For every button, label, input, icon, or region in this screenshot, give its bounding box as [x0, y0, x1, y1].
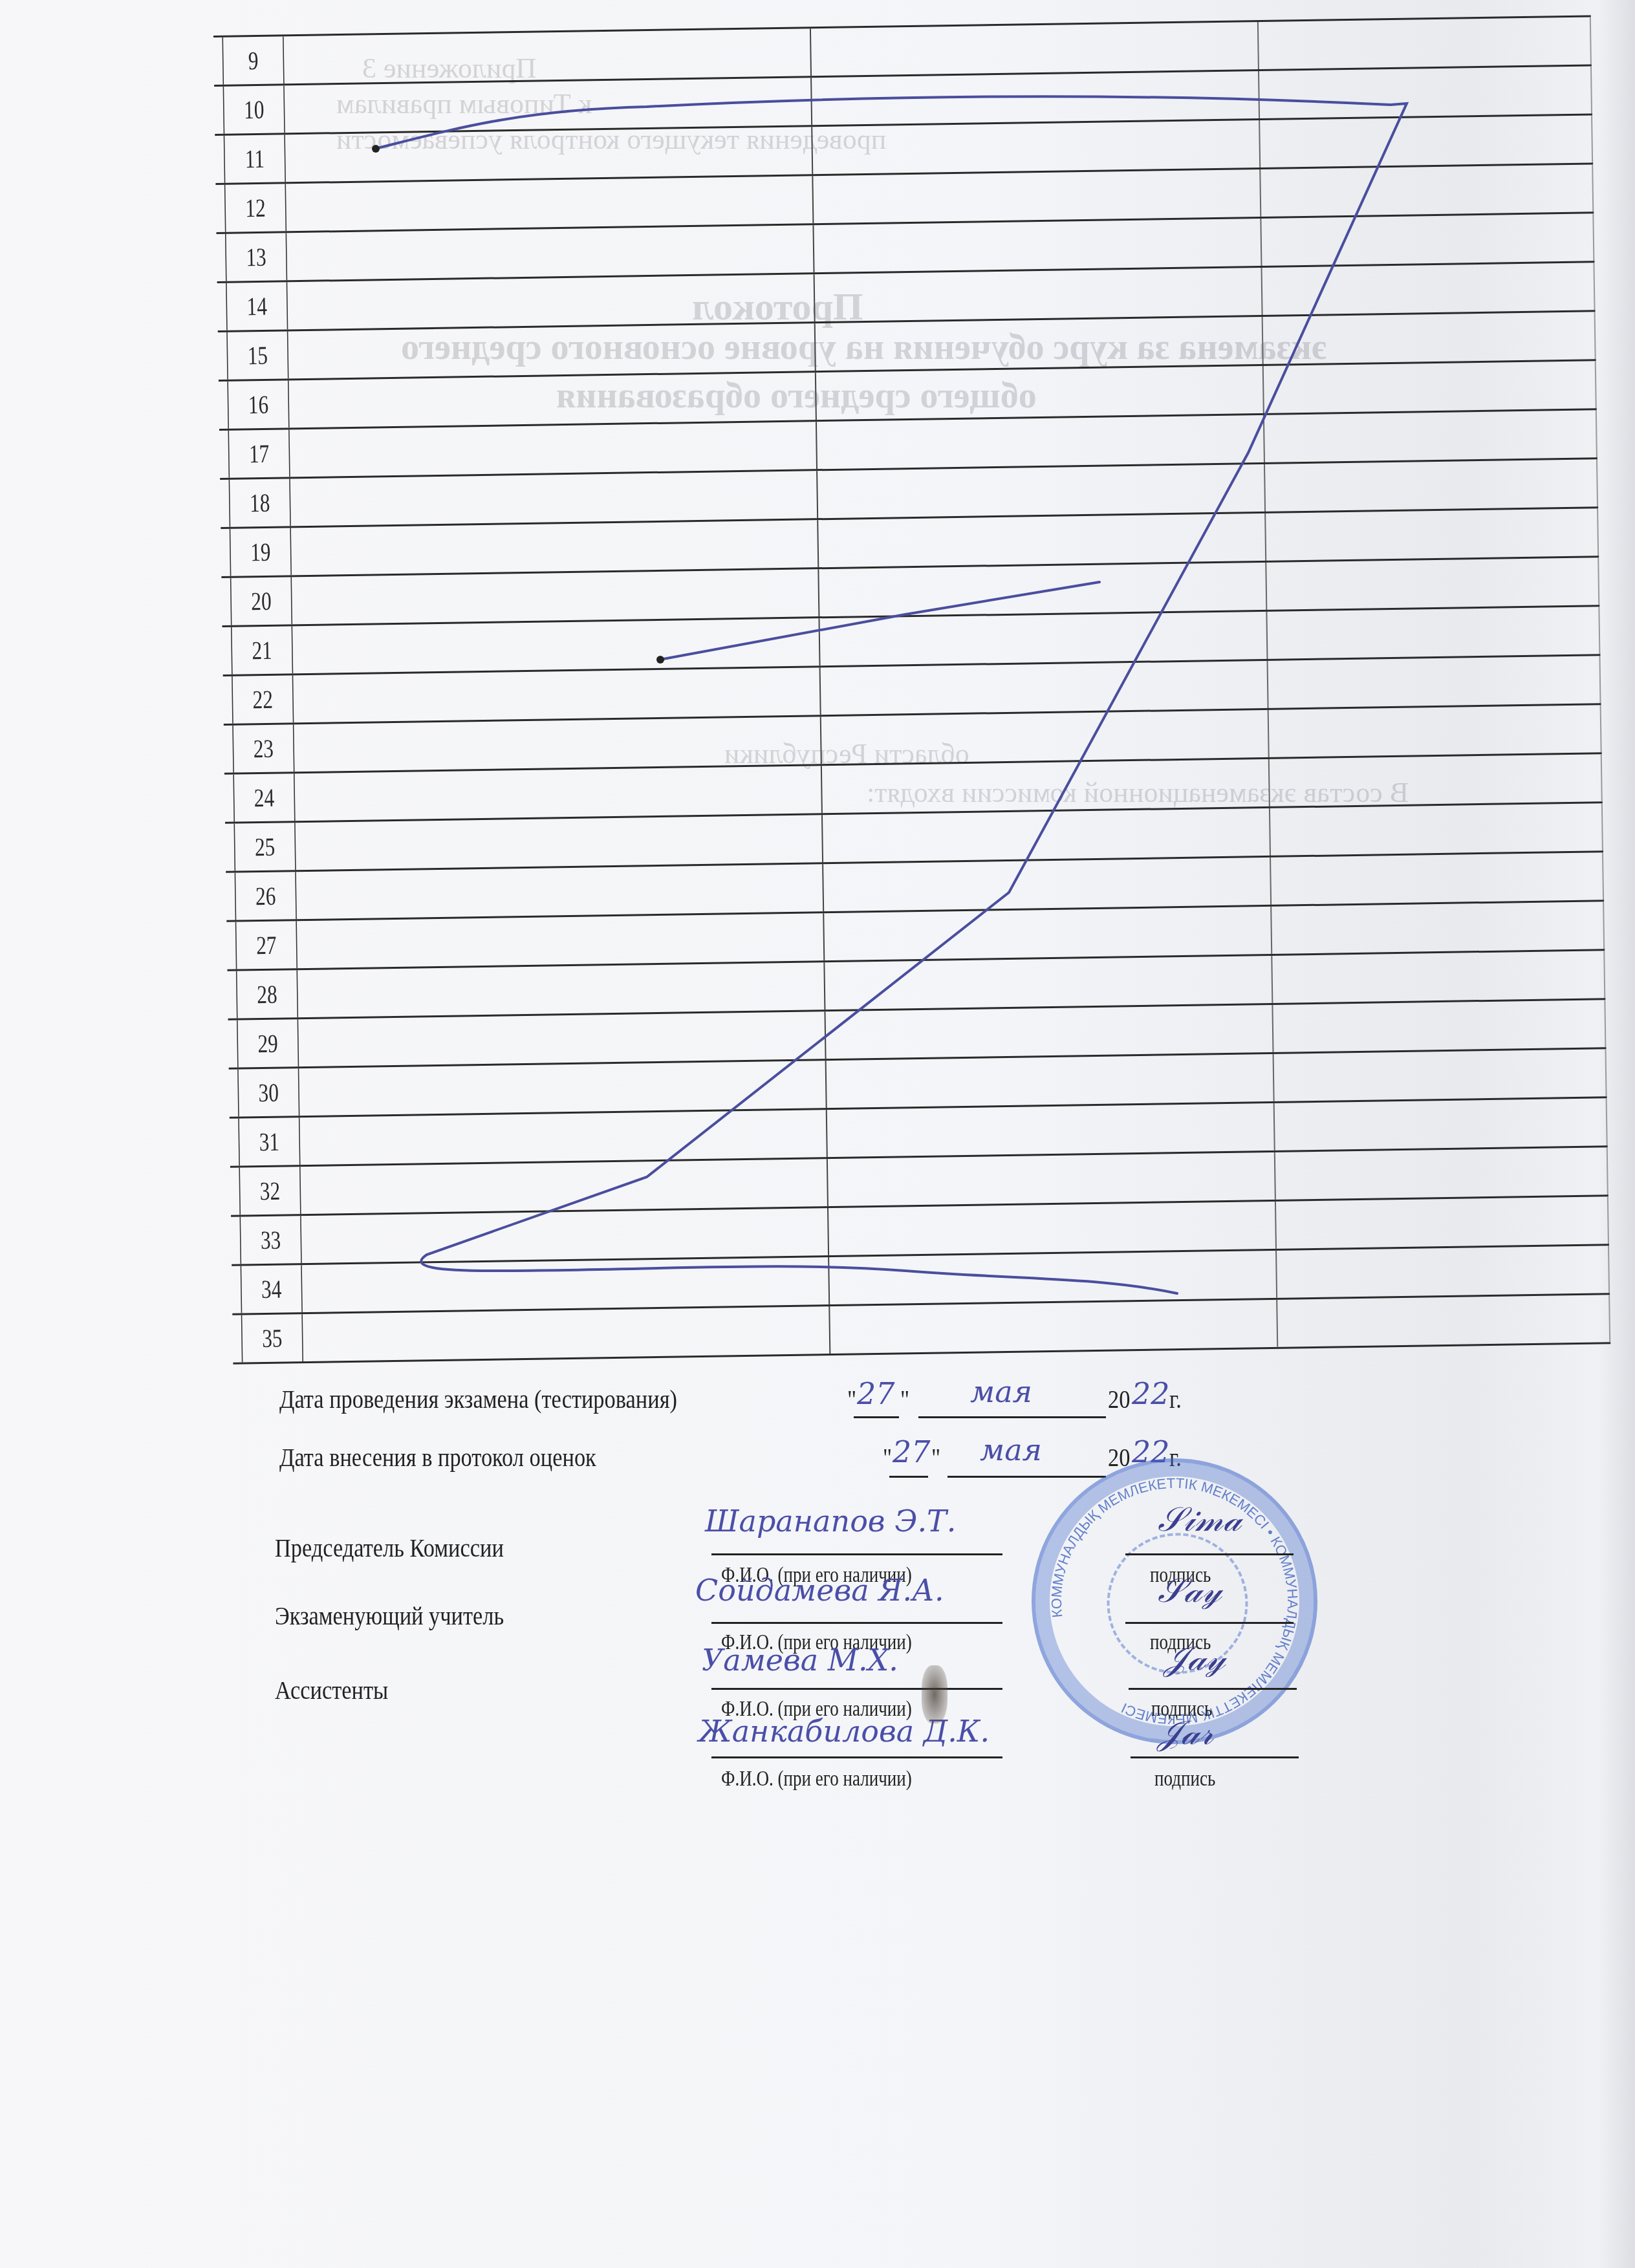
row-number: 20 — [230, 577, 292, 625]
quote-close: " — [931, 1442, 940, 1473]
exam-date-year-prefix: 20 — [1108, 1384, 1130, 1414]
student-name-cell — [293, 78, 812, 133]
row-number: 32 — [239, 1167, 301, 1215]
student-name-cell — [309, 1110, 828, 1165]
row-number: 17 — [228, 429, 290, 477]
row-number: 15 — [226, 331, 288, 379]
student-name-cell — [300, 569, 819, 624]
row-number: 11 — [224, 135, 286, 182]
grade-cell — [825, 956, 1273, 1010]
grade-cell — [827, 1054, 1275, 1108]
chairman-signature: 𝒮𝒾𝓂𝒶 — [1158, 1500, 1242, 1540]
grade-cell — [828, 1202, 1277, 1255]
student-name-cell — [304, 815, 823, 870]
final-grade-cell — [1268, 656, 1601, 708]
examiner-name: Сойдамева Я.А. — [695, 1573, 944, 1608]
exam-date-month: мая — [970, 1374, 1032, 1409]
grade-cell — [815, 268, 1263, 321]
row-number: 18 — [229, 479, 291, 526]
entry-date-month: мая — [980, 1432, 1042, 1467]
grade-cell — [819, 563, 1267, 616]
final-grade-cell — [1275, 1147, 1608, 1200]
student-name-cell — [303, 766, 823, 821]
grade-cell — [824, 907, 1272, 960]
grade-cell — [812, 120, 1261, 174]
name-underline — [711, 1688, 1002, 1690]
name-underline — [711, 1553, 1002, 1555]
student-name-cell — [299, 520, 819, 575]
grade-cell — [816, 317, 1264, 371]
final-grade-cell — [1271, 852, 1604, 905]
row-number: 34 — [241, 1265, 303, 1313]
exam-date-year-unit: г. — [1169, 1384, 1182, 1414]
row-number: 24 — [233, 773, 295, 821]
row-number: 9 — [222, 36, 284, 84]
grade-cell — [817, 415, 1265, 469]
student-name-cell — [305, 913, 825, 968]
student-name-cell — [306, 962, 825, 1017]
scanned-page: Приложение 3 к Типовым правилам проведен… — [0, 0, 1635, 2268]
entry-date-label: Дата внесения в протокол оценок — [279, 1442, 596, 1473]
name-underline — [711, 1622, 1002, 1624]
student-name-cell — [310, 1257, 830, 1312]
student-name-cell — [311, 1306, 830, 1361]
role-chairman: Председатель Комиссии — [275, 1533, 504, 1563]
final-grade-cell — [1259, 17, 1592, 69]
exam-date-year-suffix: 22 — [1132, 1376, 1170, 1411]
role-assistants: Ассистенты — [275, 1675, 388, 1705]
final-grade-cell — [1266, 508, 1599, 561]
assistant-2-name: Жанкабилова Д.К. — [698, 1714, 990, 1749]
final-grade-cell — [1260, 115, 1593, 167]
row-number: 31 — [238, 1118, 300, 1165]
grade-cell — [821, 710, 1270, 764]
student-name-cell — [296, 225, 815, 280]
grade-cell — [816, 366, 1264, 420]
grade-cell — [821, 661, 1269, 715]
exam-date-label: Дата проведения экзамена (тестирования) — [279, 1384, 677, 1414]
student-name-cell — [294, 127, 813, 182]
student-name-cell — [298, 373, 817, 427]
final-grade-cell — [1264, 361, 1597, 413]
student-name-cell — [305, 864, 824, 919]
month-underline — [918, 1416, 1106, 1418]
student-name-cell — [307, 1011, 827, 1066]
grade-cell — [830, 1300, 1278, 1354]
final-grade-cell — [1275, 1098, 1608, 1150]
row-number: 10 — [223, 85, 285, 133]
exam-date-day: 27 — [857, 1376, 895, 1411]
final-grade-cell — [1273, 1000, 1606, 1052]
final-grade-cell — [1264, 410, 1597, 462]
assistant-2-signature: 𝒥𝒶𝓇 — [1158, 1714, 1213, 1753]
role-examiner: Экзаменующий учитель — [275, 1601, 504, 1631]
final-grade-cell — [1269, 705, 1602, 757]
row-number: 12 — [224, 184, 287, 232]
grade-cell — [827, 1103, 1275, 1157]
final-grade-cell — [1272, 902, 1605, 954]
student-name-cell — [298, 422, 817, 477]
row-number: 23 — [232, 724, 294, 772]
day-underline — [854, 1416, 899, 1418]
row-number: 30 — [237, 1068, 299, 1116]
grade-cell — [825, 1005, 1273, 1059]
assistant-1-signature: 𝒥𝒶𝓎 — [1164, 1639, 1226, 1679]
row-number: 13 — [225, 233, 287, 281]
final-grade-cell — [1259, 66, 1592, 118]
row-number: 19 — [230, 528, 292, 576]
grade-cell — [829, 1251, 1277, 1304]
row-number: 27 — [235, 921, 298, 969]
student-name-cell — [301, 618, 821, 673]
grade-table: 9101112131415161718192021222324252627282… — [213, 15, 1610, 1364]
row-number: 35 — [241, 1314, 303, 1362]
quote-open: " — [847, 1384, 856, 1414]
final-grade-cell — [1274, 1049, 1607, 1101]
grade-cell — [818, 513, 1266, 567]
name-underline — [711, 1756, 1002, 1758]
student-name-cell — [294, 176, 814, 231]
final-grade-cell — [1265, 459, 1598, 512]
grade-cell — [817, 464, 1266, 518]
signature-underline — [1129, 1688, 1297, 1690]
student-name-cell — [309, 1159, 828, 1214]
day-underline — [889, 1476, 928, 1478]
grade-cell — [814, 219, 1262, 272]
grade-cell — [828, 1152, 1276, 1206]
row-number: 16 — [227, 380, 289, 428]
student-name-cell — [310, 1208, 829, 1263]
student-name-cell — [308, 1061, 827, 1116]
final-grade-cell — [1262, 263, 1596, 315]
quote-open: " — [883, 1442, 892, 1473]
signature-underline — [1125, 1553, 1294, 1555]
grade-cell — [813, 169, 1261, 223]
row-number: 26 — [235, 872, 297, 920]
final-grade-cell — [1266, 557, 1599, 610]
ink-smudge — [922, 1665, 947, 1723]
final-grade-cell — [1270, 754, 1603, 806]
grade-cell — [823, 858, 1272, 911]
entry-date-day: 27 — [893, 1434, 931, 1469]
student-name-cell — [297, 323, 816, 378]
examiner-signature: 𝒮𝒶𝓎 — [1158, 1571, 1222, 1611]
row-number: 22 — [232, 675, 294, 723]
grade-cell — [819, 612, 1268, 665]
grade-cell — [812, 71, 1260, 125]
signature-caption: подпись — [1154, 1767, 1215, 1791]
final-grade-cell — [1270, 803, 1603, 856]
final-grade-cell — [1277, 1295, 1610, 1347]
row-number: 33 — [240, 1216, 302, 1264]
final-grade-cell — [1261, 213, 1594, 266]
row-number: 25 — [234, 823, 296, 870]
student-name-cell — [302, 667, 821, 722]
final-grade-cell — [1272, 951, 1605, 1003]
row-number: 21 — [231, 626, 293, 674]
student-name-cell — [303, 717, 822, 772]
row-number: 29 — [237, 1019, 299, 1067]
student-name-cell — [296, 274, 816, 329]
row-number: 28 — [236, 970, 298, 1018]
grade-cell — [823, 808, 1271, 862]
quote-close: " — [900, 1384, 909, 1414]
grade-cell — [822, 759, 1270, 813]
row-number: 14 — [226, 282, 288, 330]
final-grade-cell — [1267, 607, 1600, 659]
final-grade-cell — [1276, 1196, 1609, 1249]
final-grade-cell — [1277, 1246, 1610, 1298]
name-caption: Ф.И.О. (при его наличии) — [721, 1767, 912, 1791]
student-name-cell — [292, 28, 812, 83]
assistant-1-name: Уамева М.Х. — [702, 1643, 898, 1678]
grade-cell — [811, 22, 1259, 76]
signature-underline — [1131, 1756, 1299, 1758]
chairman-name: Шаранапов Э.Т. — [705, 1504, 956, 1539]
final-grade-cell — [1263, 312, 1596, 364]
student-name-cell — [299, 471, 818, 526]
final-grade-cell — [1261, 164, 1594, 217]
signature-underline — [1125, 1622, 1294, 1624]
